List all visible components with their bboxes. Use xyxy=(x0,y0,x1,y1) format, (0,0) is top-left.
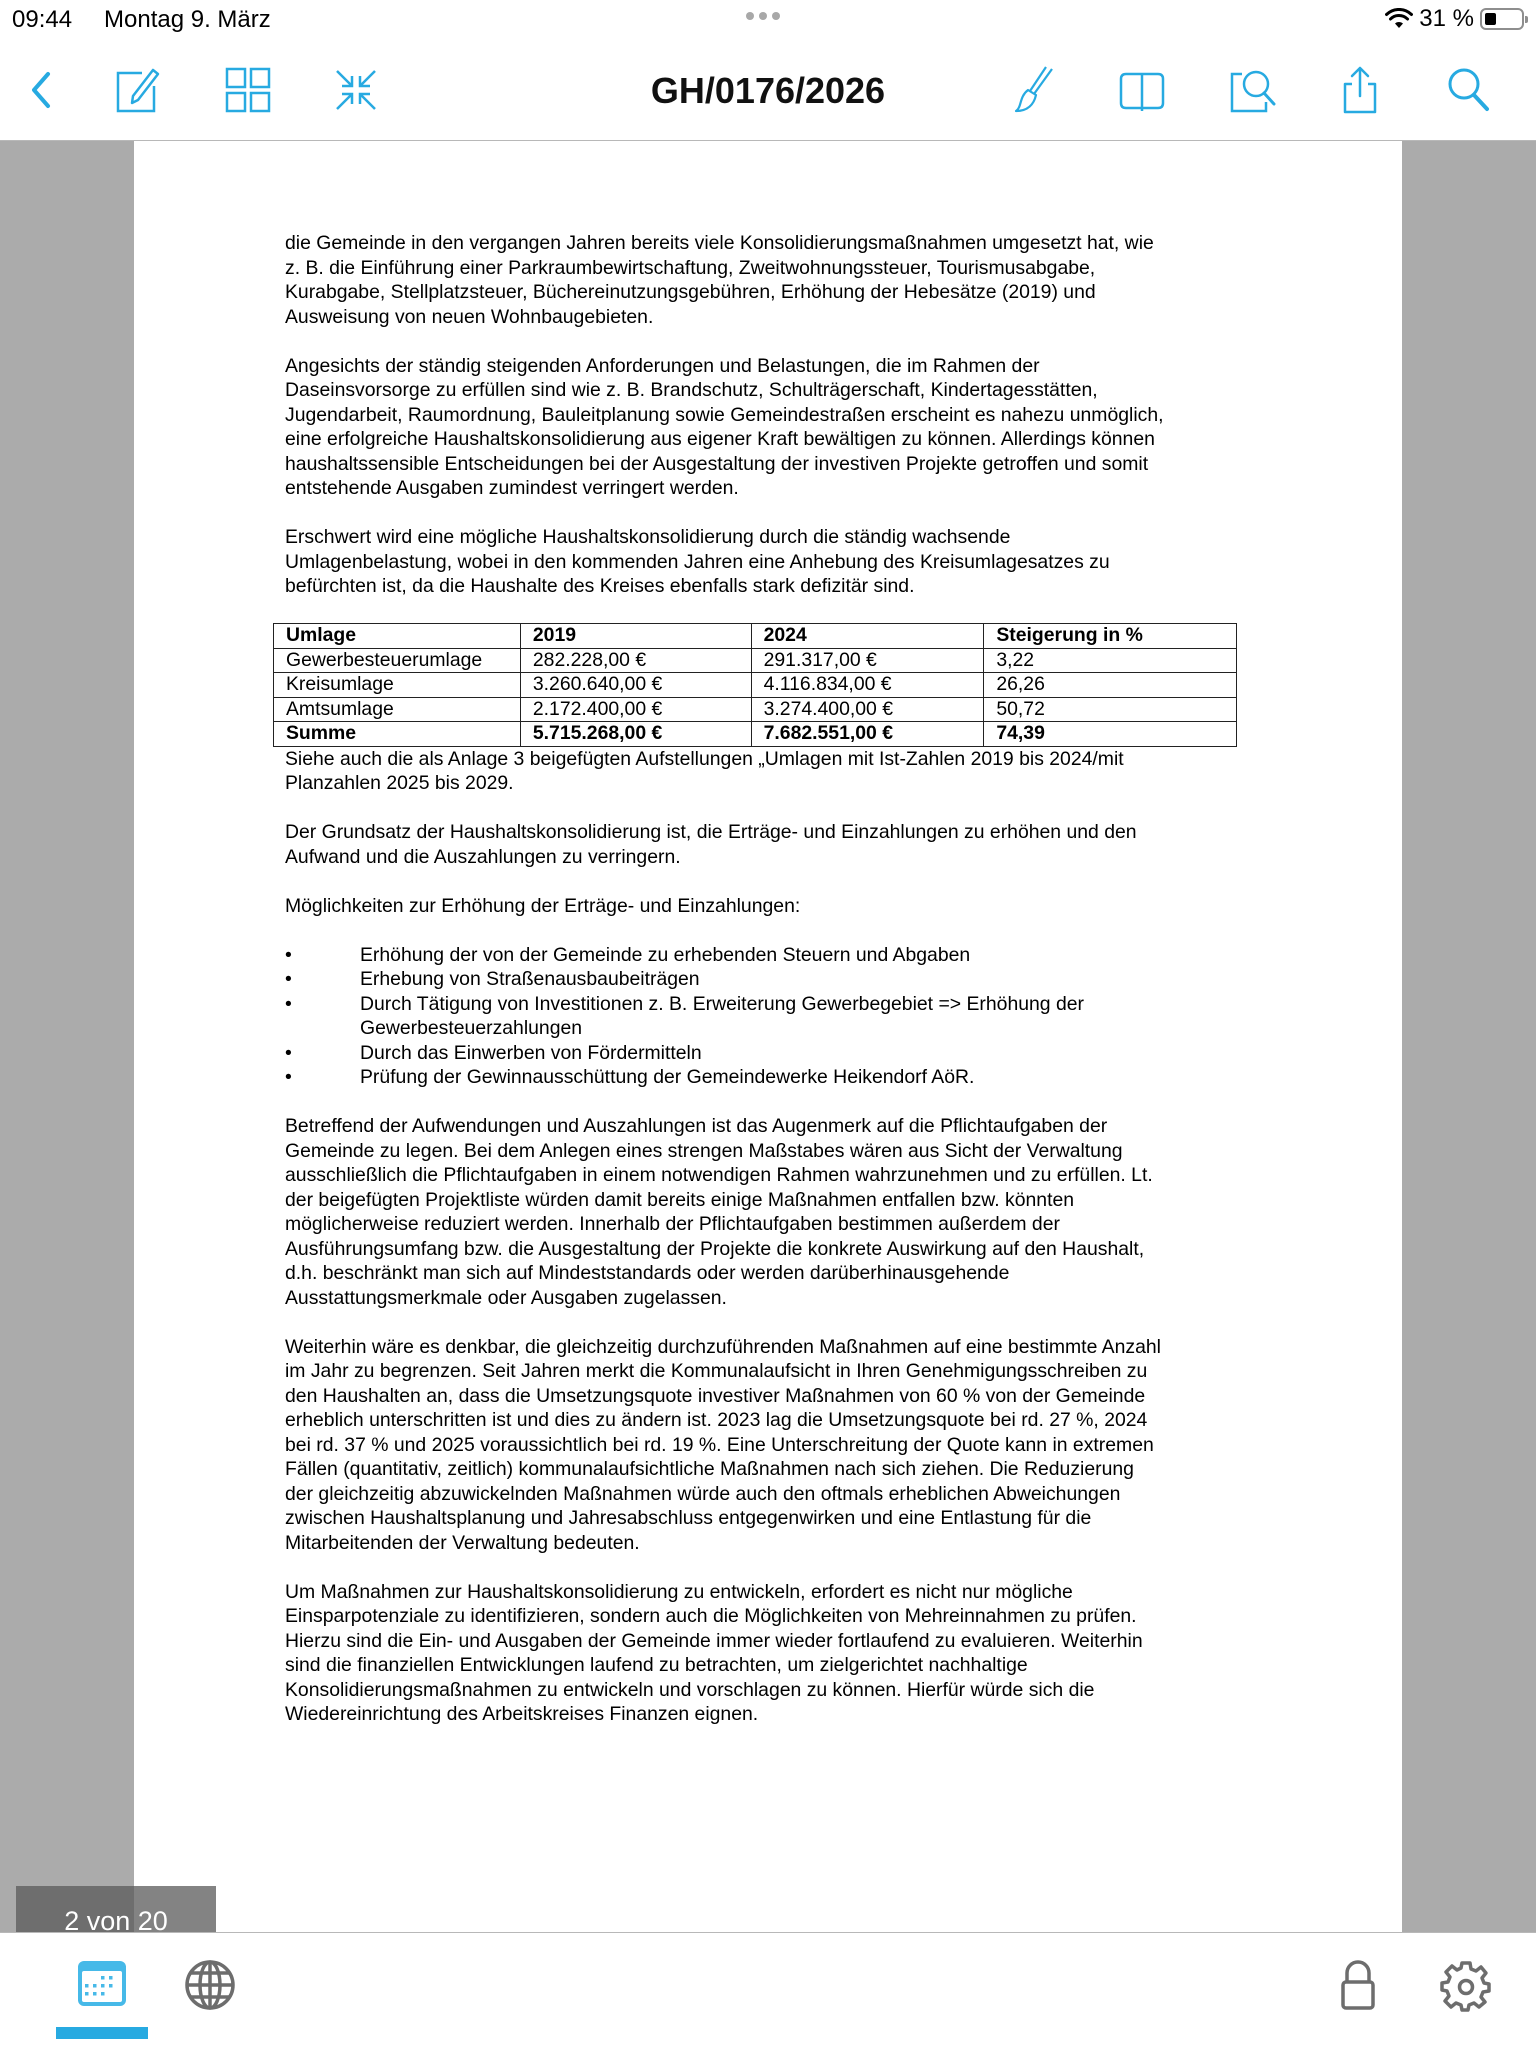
table-cell: Amtsumlage xyxy=(274,697,521,722)
table-cell: 3.274.400,00 € xyxy=(751,697,984,722)
tab-calendar[interactable] xyxy=(72,1955,132,2015)
share-button[interactable] xyxy=(1332,62,1388,118)
table-cell: 4.116.834,00 € xyxy=(751,673,984,698)
table-header: 2019 xyxy=(520,624,751,649)
table-cell: Summe xyxy=(274,722,521,747)
share-icon xyxy=(1334,64,1386,116)
table-row: Amtsumlage 2.172.400,00 € 3.274.400,00 €… xyxy=(274,697,1237,722)
pencil-square-icon xyxy=(112,64,164,116)
table-cell: 7.682.551,00 € xyxy=(751,722,984,747)
draw-button[interactable] xyxy=(1004,62,1060,118)
umlagen-table: Umlage 2019 2024 Steigerung in % Gewerbe… xyxy=(273,623,1237,747)
paragraph: Betreffend der Aufwendungen und Auszahlu… xyxy=(285,1114,1285,1310)
table-cell: 282.228,00 € xyxy=(520,648,751,673)
annotate-button[interactable] xyxy=(110,62,166,118)
brush-icon xyxy=(1006,64,1058,116)
list-item: Durch das Einwerben von Fördermitteln xyxy=(285,1041,1285,1066)
table-header: 2024 xyxy=(751,624,984,649)
paragraph: Angesichts der ständig steigenden Anford… xyxy=(285,354,1285,501)
toolbar: GH/0176/2026 xyxy=(0,40,1536,141)
list-item: Prüfung der Gewinnausschüttung der Gemei… xyxy=(285,1065,1285,1090)
book-icon xyxy=(1116,64,1168,116)
thumbnails-button[interactable] xyxy=(220,62,276,118)
table-cell: 3,22 xyxy=(984,648,1237,673)
table-header: Steigerung in % xyxy=(984,624,1237,649)
chevron-left-icon xyxy=(14,64,66,116)
compress-arrows-icon xyxy=(330,64,382,116)
status-bar: 09:44 Montag 9. März 31 % xyxy=(0,0,1536,40)
paragraph: Erschwert wird eine mögliche Haushaltsko… xyxy=(285,525,1285,599)
document-page: die Gemeinde in den vergangen Jahren ber… xyxy=(134,141,1402,1932)
table-total-row: Summe 5.715.268,00 € 7.682.551,00 € 74,3… xyxy=(274,722,1237,747)
document-search-icon xyxy=(1226,64,1278,116)
battery-icon xyxy=(1480,8,1524,30)
reader-button[interactable] xyxy=(1114,62,1170,118)
paragraph: Um Maßnahmen zur Haushaltskonsolidierung… xyxy=(285,1580,1285,1727)
table-header: Umlage xyxy=(274,624,521,649)
wifi-icon xyxy=(1385,8,1413,30)
active-tab-indicator xyxy=(56,2027,148,2039)
bottom-tab-bar xyxy=(0,1932,1536,2048)
collapse-button[interactable] xyxy=(328,62,384,118)
search-button[interactable] xyxy=(1440,62,1496,118)
page-content: die Gemeinde in den vergangen Jahren ber… xyxy=(285,231,1285,1727)
search-icon xyxy=(1442,64,1494,116)
table-cell: Kreisumlage xyxy=(274,673,521,698)
globe-icon xyxy=(183,1958,237,2012)
table-cell: 291.317,00 € xyxy=(751,648,984,673)
table-cell: 5.715.268,00 € xyxy=(520,722,751,747)
bullet-list: Erhöhung der von der Gemeinde zu erheben… xyxy=(285,943,1285,1090)
paragraph: Der Grundsatz der Haushaltskonsolidierun… xyxy=(285,820,1285,869)
paragraph: Weiterhin wäre es denkbar, die gleichzei… xyxy=(285,1335,1285,1556)
paragraph: die Gemeinde in den vergangen Jahren ber… xyxy=(285,231,1285,329)
table-cell: 26,26 xyxy=(984,673,1237,698)
status-indicators: 31 % xyxy=(1385,5,1524,33)
status-time: 09:44 xyxy=(12,6,72,34)
multitasking-dots[interactable] xyxy=(746,12,780,20)
grid-icon xyxy=(222,64,274,116)
pdf-viewer[interactable]: die Gemeinde in den vergangen Jahren ber… xyxy=(0,141,1536,1932)
back-button[interactable] xyxy=(12,62,68,118)
tab-settings[interactable] xyxy=(1436,1955,1496,2015)
tab-web[interactable] xyxy=(180,1955,240,2015)
calendar-icon xyxy=(75,1958,129,2012)
table-note: Siehe auch die als Anlage 3 beigefügten … xyxy=(285,747,1285,796)
table-header-row: Umlage 2019 2024 Steigerung in % xyxy=(274,624,1237,649)
list-intro: Möglichkeiten zur Erhöhung der Erträge- … xyxy=(285,894,1285,919)
table-cell: 74,39 xyxy=(984,722,1237,747)
table-cell: Gewerbesteuerumlage xyxy=(274,648,521,673)
list-item: Erhebung von Straßenausbaubeiträgen xyxy=(285,967,1285,992)
tab-lock[interactable] xyxy=(1328,1955,1388,2015)
lock-icon xyxy=(1331,1958,1385,2012)
table-cell: 50,72 xyxy=(984,697,1237,722)
table-row: Kreisumlage 3.260.640,00 € 4.116.834,00 … xyxy=(274,673,1237,698)
search-document-button[interactable] xyxy=(1224,62,1280,118)
gear-icon xyxy=(1439,1958,1493,2012)
list-item: Durch Tätigung von Investitionen z. B. E… xyxy=(285,992,1285,1041)
battery-percent: 31 % xyxy=(1419,5,1474,33)
list-item: Erhöhung der von der Gemeinde zu erheben… xyxy=(285,943,1285,968)
table-row: Gewerbesteuerumlage 282.228,00 € 291.317… xyxy=(274,648,1237,673)
table-cell: 2.172.400,00 € xyxy=(520,697,751,722)
status-date: Montag 9. März xyxy=(104,6,271,34)
table-cell: 3.260.640,00 € xyxy=(520,673,751,698)
